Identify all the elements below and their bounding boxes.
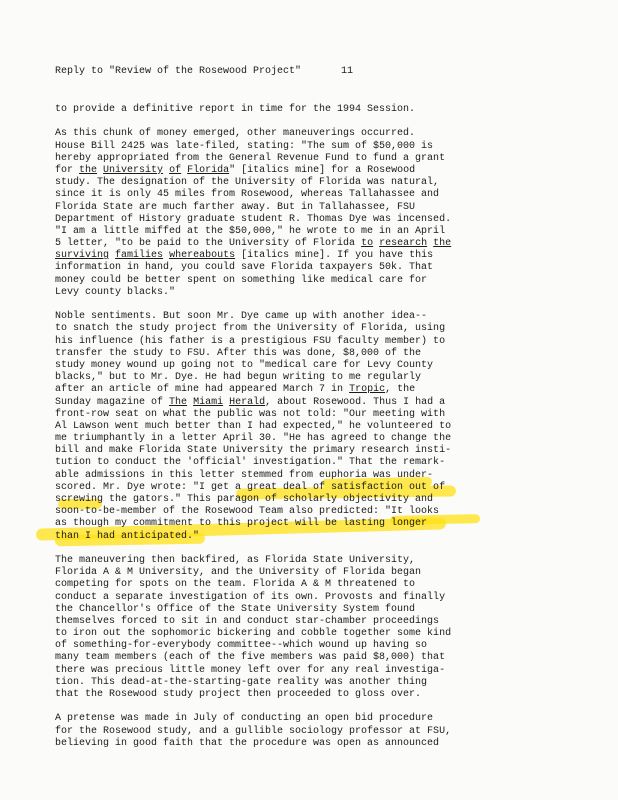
- underlined-text: surviving: [55, 250, 109, 261]
- text-line: conduct a separate investigation of its …: [55, 592, 595, 604]
- text-line: transfer the study to FSU. After this wa…: [55, 348, 595, 360]
- text-line: As this chunk of money emerged, other ma…: [55, 128, 595, 140]
- text-line: the Chancellor's Office of the State Uni…: [55, 604, 595, 616]
- text-line: bill and make Florida State University t…: [55, 445, 595, 457]
- text-line: tion. This dead-at-the-starting-gate rea…: [55, 677, 595, 689]
- document-page: Reply to "Review of the Rosewood Project…: [0, 0, 618, 800]
- text-line: screwing the gators." This paragon of sc…: [55, 494, 595, 506]
- document-body: to provide a definitive report in time f…: [55, 104, 595, 762]
- underlined-text: to: [361, 238, 373, 249]
- text-line: for the Rosewood study, and a gullible s…: [55, 726, 595, 738]
- text-line: study. The designation of the University…: [55, 177, 595, 189]
- text-line: Department of History graduate student R…: [55, 214, 595, 226]
- text-line: scored. Mr. Dye wrote: "I get a great de…: [55, 482, 595, 494]
- text-line: his influence (his father is a prestigio…: [55, 336, 595, 348]
- text-line: 5 letter, "to be paid to the University …: [55, 238, 595, 250]
- underlined-text: Florida: [187, 165, 229, 176]
- underlined-text: University: [103, 165, 163, 176]
- text-line: of something-for-everybody committee--wh…: [55, 640, 595, 652]
- text-line: as though my commitment to this project …: [55, 518, 595, 530]
- text-line: since it is only 45 miles from Rosewood,…: [55, 189, 595, 201]
- text-line: themselves forced to sit in and conduct …: [55, 616, 595, 628]
- text-line: there was precious little money left ove…: [55, 665, 595, 677]
- underlined-text: research: [379, 238, 427, 249]
- header-title: Reply to "Review of the Rosewood Project…: [55, 66, 301, 77]
- text-line: "I am a little miffed at the $50,000," h…: [55, 226, 595, 238]
- underlined-text: Tropic: [349, 384, 385, 395]
- text-line: Sunday magazine of The Miami Herald, abo…: [55, 397, 595, 409]
- text-line: blacks," but to Mr. Dye. He had begun wr…: [55, 372, 595, 384]
- underlined-text: families: [115, 250, 163, 261]
- paragraph: As this chunk of money emerged, other ma…: [55, 128, 595, 299]
- text-line: hereby appropriated from the General Rev…: [55, 153, 595, 165]
- text-line: front-row seat on what the public was no…: [55, 409, 595, 421]
- paragraph: A pretense was made in July of conductin…: [55, 713, 595, 750]
- underlined-text: of: [169, 165, 181, 176]
- paragraph: The maneuvering then backfired, as Flori…: [55, 555, 595, 701]
- text-line: surviving families whereabouts [italics …: [55, 250, 595, 262]
- page-number: 11: [341, 66, 353, 77]
- paragraph: to provide a definitive report in time f…: [55, 104, 595, 116]
- text-line: Florida A & M University, and the Univer…: [55, 567, 595, 579]
- text-line: competing for spots on the team. Florida…: [55, 579, 595, 591]
- text-line: money could be better spent on something…: [55, 275, 595, 287]
- underlined-text: the: [433, 238, 451, 249]
- text-line: for the University of Florida" [italics …: [55, 165, 595, 177]
- underlined-text: Herald: [229, 397, 265, 408]
- text-line: than I had anticipated.": [55, 531, 595, 543]
- text-line: study money wound up going not to "medic…: [55, 360, 595, 372]
- text-line: after an article of mine had appeared Ma…: [55, 384, 595, 396]
- text-line: to provide a definitive report in time f…: [55, 104, 595, 116]
- text-line: to snatch the study project from the Uni…: [55, 323, 595, 335]
- text-line: A pretense was made in July of conductin…: [55, 713, 595, 725]
- text-line: to iron out the sophomoric bickering and…: [55, 628, 595, 640]
- text-line: information in hand, you could save Flor…: [55, 262, 595, 274]
- text-line: soon-to-be-member of the Rosewood Team a…: [55, 506, 595, 518]
- text-line: Levy county blacks.": [55, 287, 595, 299]
- text-line: able admissions in this letter stemmed f…: [55, 470, 595, 482]
- text-line: many team members (each of the five memb…: [55, 652, 595, 664]
- text-line: Florida State are much farther away. But…: [55, 202, 595, 214]
- text-line: me triumphantly in a letter April 30. "H…: [55, 433, 595, 445]
- underlined-text: The: [169, 397, 187, 408]
- text-line: believing in good faith that the procedu…: [55, 738, 595, 750]
- text-line: The maneuvering then backfired, as Flori…: [55, 555, 595, 567]
- running-header: Reply to "Review of the Rosewood Project…: [55, 66, 353, 78]
- paragraph: Noble sentiments. But soon Mr. Dye came …: [55, 311, 595, 543]
- text-line: Al Lawson went much better than I had ex…: [55, 421, 595, 433]
- underlined-text: the: [79, 165, 97, 176]
- underlined-text: Miami: [193, 397, 223, 408]
- underlined-text: whereabouts: [169, 250, 235, 261]
- text-line: that the Rosewood study project then pro…: [55, 689, 595, 701]
- text-line: House Bill 2425 was late-filed, stating:…: [55, 141, 595, 153]
- text-line: Noble sentiments. But soon Mr. Dye came …: [55, 311, 595, 323]
- text-line: tution to conduct the 'official' investi…: [55, 457, 595, 469]
